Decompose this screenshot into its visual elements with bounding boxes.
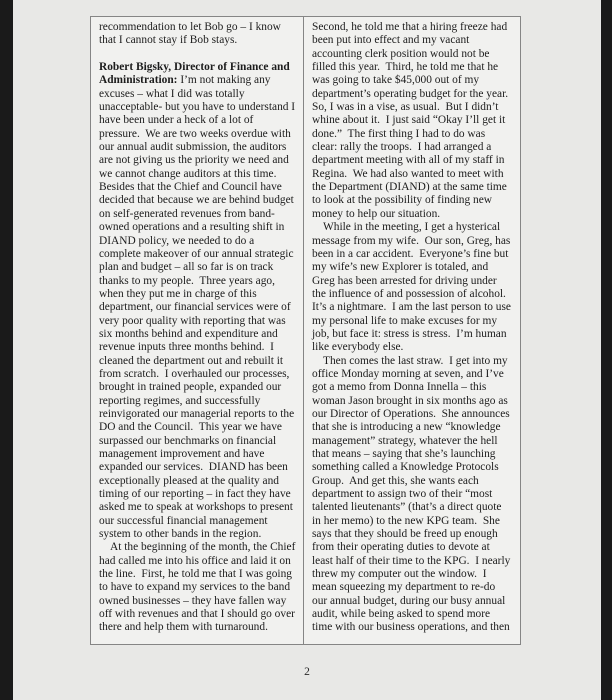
speaker-name: Robert Bigsky, Director of Finance and A…: [99, 61, 292, 86]
document-page: recommendation to let Bob go – I know th…: [13, 0, 601, 700]
paragraph: Robert Bigsky, Director of Finance and A…: [99, 61, 296, 541]
paragraph: At the beginning of the month, the Chief…: [99, 541, 296, 634]
paragraph: recommendation to let Bob go – I know th…: [99, 21, 296, 48]
scan-edge-left-bar: [0, 0, 13, 700]
paragraph: While in the meeting, I get a hysterical…: [312, 221, 513, 354]
page-number: 2: [13, 666, 601, 678]
left-column-cell: recommendation to let Bob go – I know th…: [91, 17, 304, 644]
scan-edge-right-bar: [601, 0, 612, 700]
paragraph: Then comes the last straw. I get into my…: [312, 355, 513, 635]
paragraph: Second, he told me that a hiring freeze …: [312, 21, 513, 221]
right-column-cell: Second, he told me that a hiring freeze …: [304, 17, 520, 644]
two-column-text-table: recommendation to let Bob go – I know th…: [90, 16, 521, 645]
